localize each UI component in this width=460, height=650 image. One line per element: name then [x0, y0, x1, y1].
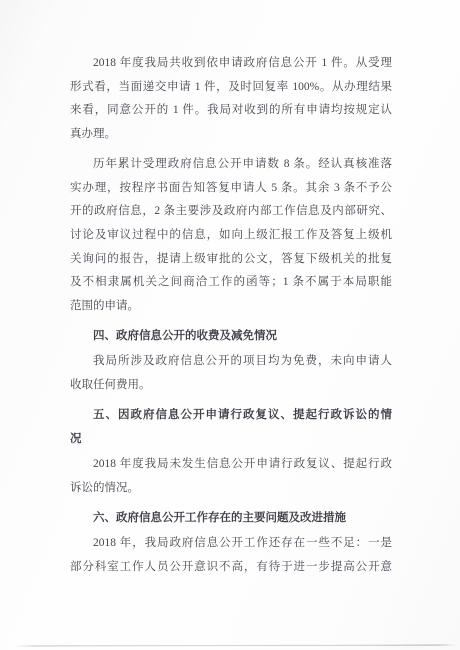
text-line: 部分科室工作人员公开意识不高，有待于进一步提高公开意 [70, 556, 392, 580]
text-line: 2018 年，我局政府信息公开工作还存在一些不足：一是 [70, 532, 392, 556]
text-line: 六、政府信息公开工作存在的主要问题及改进措施 [70, 507, 392, 531]
text-line: 关询问的报告，提请上级审批的公文，答复下级机关的批复 [70, 248, 392, 272]
text-line: 诉讼的情况。 [70, 477, 392, 501]
paragraph: 2018 年，我局政府信息公开工作还存在一些不足：一是部分科室工作人员公开意识不… [70, 532, 392, 579]
paragraph: 2018 年度我局共收到依申请政府信息公开 1 件。从受理形式看，当面递交申请 … [70, 52, 392, 147]
text-line: 实办理，按程序书面告知答复申请人 5 条。其余 3 条不予公 [70, 177, 392, 201]
text-line: 来看，同意公开的 1 件。我局对收到的所有申请均按规定认 [70, 99, 392, 123]
text-line: 讨论及审议过程中的信息，如向上级汇报工作及答复上级机 [70, 224, 392, 248]
text-line: 我局所涉及政府信息公开的项目均为免费，未向申请人 [70, 350, 392, 374]
paragraph: 我局所涉及政府信息公开的项目均为免费，未向申请人收取任何费用。 [70, 350, 392, 397]
text-line: 2018 年度我局未发生信息公开申请行政复议、提起行政 [70, 453, 392, 477]
text-line: 五、因政府信息公开申请行政复议、提起行政诉讼的情 [70, 404, 392, 428]
report-text-block: 2018 年度我局共收到依申请政府信息公开 1 件。从受理形式看，当面递交申请 … [70, 52, 392, 580]
text-line: 况 [70, 428, 392, 452]
text-line: 形式看，当面递交申请 1 件，及时回复率 100%。从办理结果 [70, 76, 392, 100]
section-heading: 四、政府信息公开的收费及减免情况 [70, 325, 392, 349]
text-line: 四、政府信息公开的收费及减免情况 [70, 325, 392, 349]
section-heading: 五、因政府信息公开申请行政复议、提起行政诉讼的情况 [70, 404, 392, 451]
paragraph: 2018 年度我局未发生信息公开申请行政复议、提起行政诉讼的情况。 [70, 453, 392, 500]
document-page: 2018 年度我局共收到依申请政府信息公开 1 件。从受理形式看，当面递交申请 … [0, 0, 460, 650]
section-heading: 六、政府信息公开工作存在的主要问题及改进措施 [70, 507, 392, 531]
text-line: 真办理。 [70, 123, 392, 147]
paragraph: 历年累计受理政府信息公开申请数 8 条。经认真核准落实办理，按程序书面告知答复申… [70, 153, 392, 319]
text-line: 及不相隶属机关之间商洽工作的函等；1 条不属于本局职能 [70, 271, 392, 295]
text-line: 开的政府信息，2 条主要涉及政府内部工作信息及内部研究、 [70, 200, 392, 224]
page-edge-line [14, 645, 456, 647]
text-line: 2018 年度我局共收到依申请政府信息公开 1 件。从受理 [70, 52, 392, 76]
text-line: 历年累计受理政府信息公开申请数 8 条。经认真核准落 [70, 153, 392, 177]
text-line: 收取任何费用。 [70, 374, 392, 398]
text-line: 范围的申请。 [70, 295, 392, 319]
